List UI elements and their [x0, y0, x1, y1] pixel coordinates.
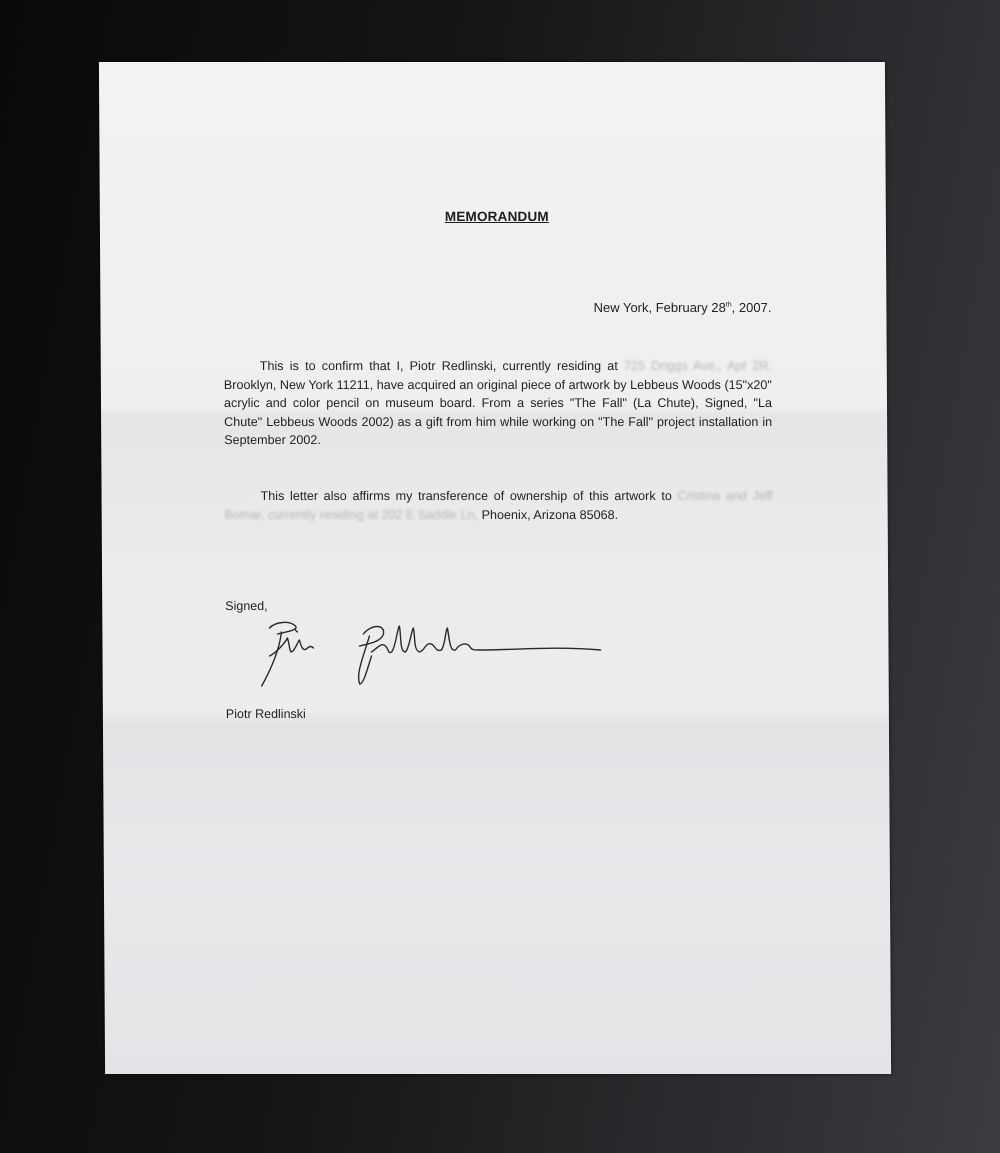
- paragraph-transfer: This letter also affirms my transference…: [225, 487, 773, 524]
- signature-icon: [255, 612, 605, 692]
- signatory-name: Piotr Redlinski: [226, 707, 306, 721]
- document-date: New York, February 28th, 2007.: [594, 300, 772, 315]
- paragraph-acquisition: This is to confirm that I, Piotr Redlins…: [224, 357, 773, 450]
- signed-label: Signed,: [225, 599, 267, 613]
- memorandum-paper: MEMORANDUM New York, February 28th, 2007…: [99, 62, 891, 1074]
- redacted-address: 725 Driggs Ave., Apt 2R,: [624, 359, 772, 373]
- document-title: MEMORANDUM: [223, 209, 771, 224]
